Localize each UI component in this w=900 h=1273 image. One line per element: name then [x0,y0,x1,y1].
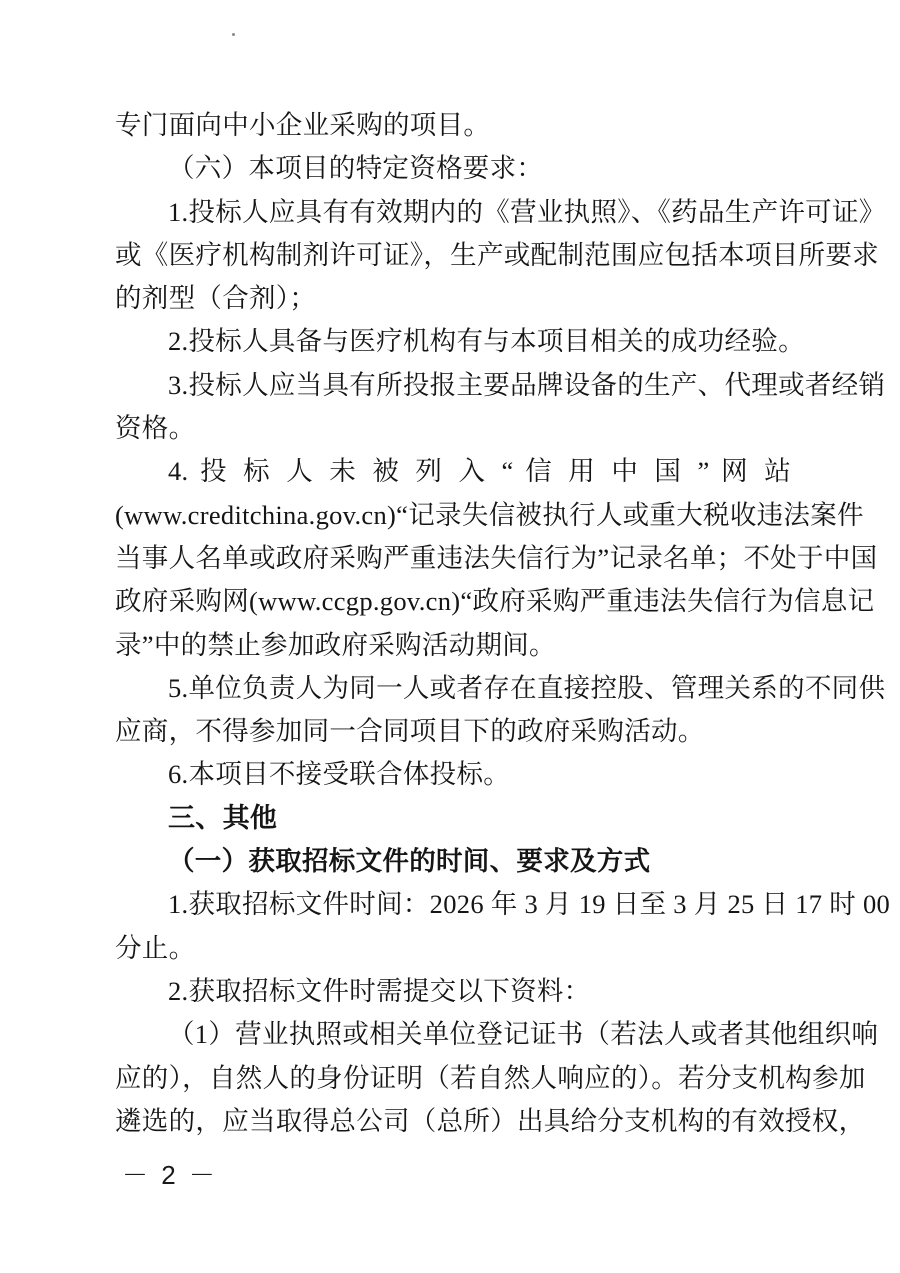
text-line: 1.投标人应具有有效期内的《营业执照》、《药品生产许可证》 [115,191,791,234]
text-line: 资格。 [115,407,791,450]
text-line: 三、其他 [115,797,791,840]
text-line: 当事人名单或政府采购严重违法失信行为”记录名单；不处于中国 [115,537,791,580]
text-line: 2.投标人具备与医疗机构有与本项目相关的成功经验。 [115,320,791,363]
scan-artifact-dot [232,33,235,36]
text-line: 录”中的禁止参加政府采购活动期间。 [115,624,791,667]
text-line: 5.单位负责人为同一人或者存在直接控股、管理关系的不同供 [115,667,791,710]
text-line: 专门面向中小企业采购的项目。 [115,104,791,147]
text-line: 遴选的，应当取得总公司（总所）出具给分支机构的有效授权， [115,1100,791,1143]
document-page: 专门面向中小企业采购的项目。（六）本项目的特定资格要求：1.投标人应具有有效期内… [0,0,900,1273]
text-line: 3.投标人应当具有所投报主要品牌设备的生产、代理或者经销 [115,364,791,407]
text-line: 4. 投 标 人 未 被 列 入 “ 信 用 中 国 ” 网 站 [115,450,791,493]
text-line: （1）营业执照或相关单位登记证书（若法人或者其他组织响 [115,1013,791,1056]
text-line: (www.creditchina.gov.cn)“记录失信被执行人或重大税收违法… [115,494,791,537]
text-line: 1.获取招标文件时间：2026 年 3 月 19 日至 3 月 25 日 17 … [115,883,791,926]
text-line: 或《医疗机构制剂许可证》，生产或配制范围应包括本项目所要求 [115,234,791,277]
text-line: 2.获取招标文件时需提交以下资料： [115,970,791,1013]
text-line: （一）获取招标文件的时间、要求及方式 [115,840,791,883]
document-body: 专门面向中小企业采购的项目。（六）本项目的特定资格要求：1.投标人应具有有效期内… [115,104,791,1143]
text-line: 应商，不得参加同一合同项目下的政府采购活动。 [115,710,791,753]
page-number: － 2 － [122,1155,218,1192]
text-line: 的剂型（合剂）； [115,277,791,320]
text-line: （六）本项目的特定资格要求： [115,147,791,190]
text-line: 政府采购网(www.ccgp.gov.cn)“政府采购严重违法失信行为信息记 [115,580,791,623]
text-line: 应的），自然人的身份证明（若自然人响应的）。若分支机构参加 [115,1057,791,1100]
text-line: 分止。 [115,927,791,970]
text-line: 6.本项目不接受联合体投标。 [115,753,791,796]
